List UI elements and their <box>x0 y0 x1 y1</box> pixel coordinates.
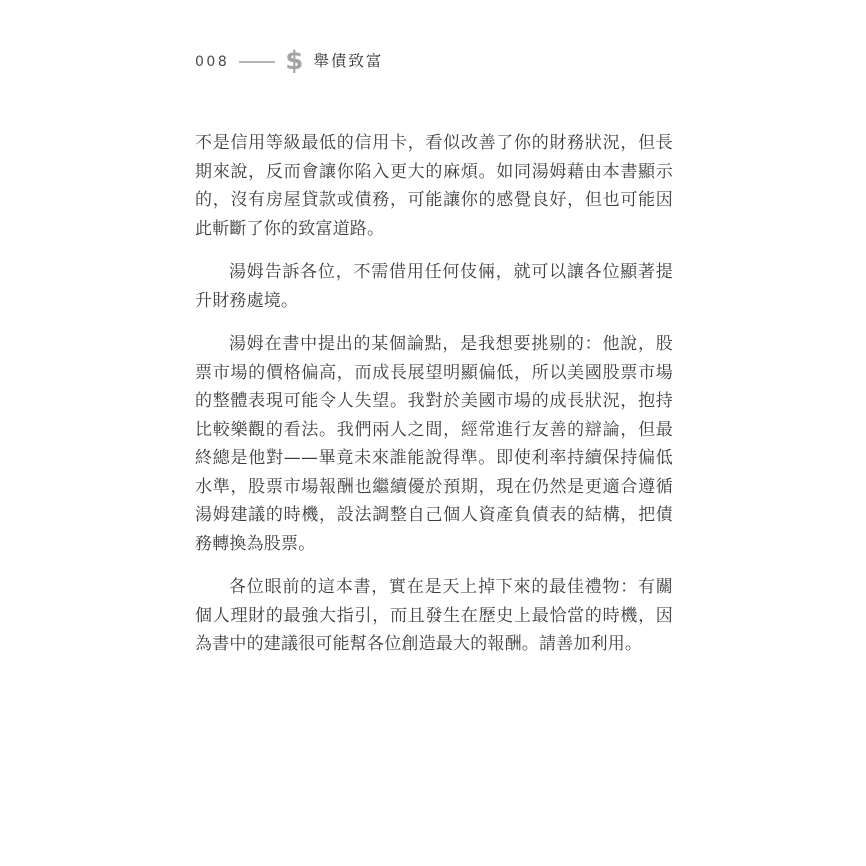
dollar-icon: $ <box>285 48 303 74</box>
header-rule-divider <box>239 61 275 63</box>
page-body: 不是信用等級最低的信用卡，看似改善了你的財務狀況，但長期來說，反而會讓你陷入更大… <box>195 129 673 674</box>
book-title: 舉債致富 <box>313 54 383 70</box>
body-paragraph: 各位眼前的這本書，實在是天上掉下來的最佳禮物：有關個人理財的最強大指引，而且發生… <box>195 573 673 659</box>
body-paragraph: 湯姆告訴各位，不需借用任何伎倆，就可以讓各位顯著提升財務處境。 <box>195 258 673 315</box>
book-page: 008 $ 舉債致富 不是信用等級最低的信用卡，看似改善了你的財務狀況，但長期來… <box>0 0 866 866</box>
page-header: 008 $ 舉債致富 <box>195 47 383 77</box>
body-paragraph: 不是信用等級最低的信用卡，看似改善了你的財務狀況，但長期來說，反而會讓你陷入更大… <box>195 129 673 243</box>
page-number: 008 <box>195 55 229 69</box>
body-paragraph: 湯姆在書中提出的某個論點，是我想要挑剔的：他說，股票市場的價格偏高，而成長展望明… <box>195 330 673 558</box>
